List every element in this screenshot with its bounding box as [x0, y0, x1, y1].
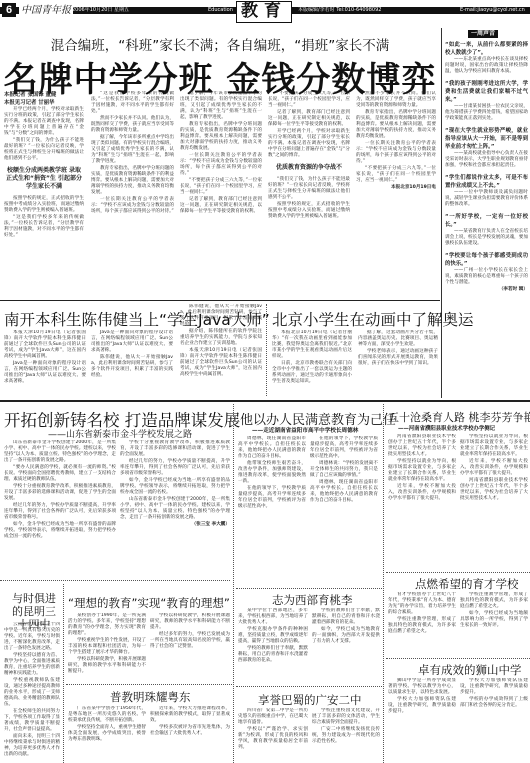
lead-byline-2: 本报见习记者 甘丽华: [4, 99, 84, 107]
paragraph: 周德林，现任湖南省益阳市高平中学校长。自担任校长以来，他始终把办人民满意的教育作…: [238, 436, 306, 460]
paragraph: 在他的领导下，学校教学质量稳步提高，高考升学率连续多年位居全市前列，学校被评为省…: [310, 436, 378, 460]
paragraph: 陈伟健说，他从大一开始接触Java，此后利用课余时间刻苦钻研，参与了多个软件开发…: [180, 304, 262, 328]
divider: [0, 300, 440, 301]
paragraph: 经过几年的努力，学校办学质量不断提高，升学率连年攀升，得到了社会各界的广泛认可，…: [4, 503, 116, 521]
paragraph: 云南省昆明市第三十四中学是一所具有悠久历史的学校。近年来，学校与时俱进，不断深化…: [4, 622, 60, 652]
paragraph: 学校老师表示，通过动画这种孩子们喜闻乐见的形式开展奥运教育，效果很好，孩子们在快…: [358, 349, 438, 367]
paragraph: 学校多次被评为省市先进集体，为社会输送了大批优秀人才。: [150, 725, 230, 737]
paragraph: 某中学位于西部地区，多年来，学校扎根西部，为当地培养了大批优秀人才。: [238, 608, 308, 626]
paragraph: 如今，学校已经成为当地颇具影响力的一所学校，得到了学生家长的一致好评。: [460, 611, 528, 629]
paragraph: 然而不少家长并不认同。他们认为，既然同样交了学费，孩子就应当享受同等的教育资源和…: [356, 91, 436, 109]
story-col: 四川省广安第二中学是一所历史悠久的省级重点中学，在巴蜀大地享有盛誉。 学校以“严…: [238, 708, 308, 763]
quote: “我的孩子刚刚考进这所大学，学费和生活费就让我们家喘不过气来。”: [445, 80, 528, 104]
story-col: 某校创办于1990年，是一所充满活力的学校。多年来，学校坚持“理想的教育”的办学…: [68, 613, 146, 681]
paragraph: 学校坚持以就业为导向，根据市场需求设置专业，与多家企业建立了长期合作关系，毕业生…: [388, 459, 456, 483]
quote-source: ——某高校就业指导中心负责人在接受采访时表示，大学生职业规划教育亟待加强，学校和…: [445, 151, 528, 169]
story-headline: 志为西部育桃李: [272, 592, 353, 608]
paragraph: 学校大力加强师资队伍建设，注重教学研究，教学质量稳步提升。: [460, 678, 528, 696]
paragraph: 然而不少家长并不认同。他们认为，既然同样交了学费，孩子就应当享受同等的教育资源和…: [91, 116, 174, 134]
story-subheadline: ——河南省濮阳县职业技术学校办学侧记: [398, 424, 495, 432]
paragraph: 本报天津10月19日电（记者张国锋）南开大学软件学院本科生陈伟健日前通过了全球软…: [4, 330, 86, 360]
paragraph: 近年来，学校不断加大投入，改善实训条件，办学规模和办学水平都有了很大提升。: [388, 484, 456, 502]
story-headline: 享誉巴蜀的广安二中: [258, 692, 362, 708]
paragraph: 在他的领导下，学校教学质量稳步提高，高考升学率连续多年位居全市前列，学校被评为省…: [238, 486, 306, 510]
paragraph: 一位长期关注教育公平的学者表示：“学校不应该成为金钱与分数较量的场所，每个孩子都…: [91, 197, 174, 215]
paragraph: 学校的办学成效得到了上级部门和社会各界的充分肯定。: [460, 697, 528, 709]
divider: [236, 686, 382, 687]
story-col: 近年来，学校大力推进课程改革，积极探索新的教学模式，取得了显著成效。 学校多次被…: [150, 706, 230, 763]
paragraph: 在全校师生的共同努力下，学校各项工作取得了显著成绩，教学质量不断提升，社会声誉日…: [4, 709, 60, 733]
paragraph: 开学已经两个月，学校对录取新生实行分班的政策，引起了部分学生家长的不满。本报记者…: [4, 107, 84, 137]
paragraph: 学校重视学生的个性发展，开设了丰富的校本课程和社团活动，为每一个学生搭建了展示才…: [68, 638, 146, 656]
email: E-mail:jiaoyu@cyol.net.cn: [460, 7, 525, 14]
paragraph: 按照学校的规定，正式招收的学生按照中考成绩分入实验班，而通过缴纳赞助费入学的学生…: [4, 196, 84, 214]
sidebar-tag: 一周声音: [468, 30, 498, 38]
paragraph: 山东省新泰市金斗学校创建于2000年，是一所集小学、初中、高中于一体的民办学校。…: [4, 440, 116, 464]
story-col: 狮山中学是一所办学成效显著的学校。学校以教学为中心，以质量求生存，以特色求发展。…: [388, 678, 456, 763]
story-headline: 北京小学生在动画中了解奥运: [272, 308, 474, 330]
lead-col-5: 然而不少家长并不认同。他们认为，既然同样交了学费，孩子就应当享受同等的教育资源和…: [356, 91, 436, 296]
divider: [383, 404, 384, 763]
paragraph: 周德林，现任湖南省益阳市高平中学校长。自担任校长以来，他始终把办人民满意的教育作…: [310, 480, 378, 504]
paragraph: 周德林说：“学校的发展离不开全体师生的共同努力，我只是做了自己应该做的事情。”: [310, 461, 378, 479]
divider: [266, 304, 267, 396]
paragraph: “我们交了钱，为什么孩子不能进最好的班？”一位家长向记者反映，学校将正式生与择校…: [4, 138, 84, 162]
paragraph: 学校以“严谨治学、求实创新”为校训，形成了优良的校风和学风，教育教学质量稳居全市…: [238, 727, 308, 751]
story-headline: “理想的教育”实现“教育的理想”: [68, 595, 230, 611]
lead-col-4: “不要把孩子分成三六九等，”一位家长说，“孩子们在同一个校园里学习，应当一视同仁…: [268, 91, 350, 296]
story-col: 育才学校创办于上世纪八十年代，学校秉承“育人为本、德育为先”的办学宗旨，着力培养…: [388, 592, 456, 652]
divider: [386, 658, 530, 659]
paragraph: 记者了解到，教育部门已经注意到这一问题，正在研究制定相关规范，以保障每一位学生平…: [268, 110, 350, 128]
lead-col-1: 本报记者 张国锋 董健 本报见习记者 甘丽华 开学已经两个月，学校对录取新生实行…: [4, 91, 84, 296]
paragraph: 育才学校创办于上世纪八十年代，学校秉承“育人为本、德育为先”的办学宗旨，着力培养…: [388, 592, 456, 616]
paragraph: 学校注重教学管理，形成了独具特色的教育模式，为许多家庭点燃了希望之火。: [388, 617, 456, 635]
paragraph: 学校十分重视教育教学改革，积极推进素质教育，开设了丰富多彩的选修课和活动课，促进…: [4, 484, 116, 502]
paragraph: 他带领全校师生艰苦奋斗，改善办学条件，加强师资建设，推进教育改革，使学校面貌焕然…: [238, 461, 306, 485]
story-col: 云南省昆明市第三十四中学是一所具有悠久历史的学校。近年来，学校与时俱进，不断深化…: [4, 622, 60, 763]
paragraph: “不要把孩子分成三六九等，”一位家长说，“孩子们在同一个校园里学习，应当一视同仁…: [356, 166, 436, 184]
divider: [0, 580, 230, 581]
issue-date: 2006年10月20日 星期五: [72, 7, 129, 14]
page-number: 6: [2, 3, 16, 17]
divider: [63, 584, 64, 763]
story-sign: （张三宝 李大鹏）: [120, 522, 230, 528]
quote: “学校要让每个孩子都感受到成功的快乐。”: [445, 252, 528, 268]
paper-logo: 中国青年报: [19, 1, 73, 16]
paragraph: 如今，金斗学校已经成为当地一所享有盛誉的品牌学校。学校领导表示，将继续开拓进取，…: [4, 522, 116, 540]
story-col: 学校的教师们甘于奉献，默默耕耘，用自己的青春和汗水浇灌着西部教育的花朵。 如今，…: [312, 608, 380, 682]
paragraph: Java是一种面向对象的程序设计语言，在网络编程领域应用广泛。Sun公司推出的“…: [91, 330, 173, 354]
paragraph: 开学已经两个月，学校对录取新生实行分班的政策，引起了部分学生家长的不满。本报记者…: [268, 129, 350, 159]
lead-subhead-2: 优质教育资源的争夺战不: [268, 164, 350, 172]
story-col: 学校坚持以就业为导向，根据市场需求设置专业，与多家企业建立了长期合作关系，毕业生…: [460, 434, 528, 568]
lead-subheadline: 混合编班，“科班”家长不满；各自编班，“捐班”家长不满: [0, 34, 440, 54]
divider: [233, 404, 234, 763]
paragraph: 经过多年的努力，学校已发展成为一所在当地具有较高知名度的学校，赢得了社会的广泛赞…: [150, 632, 230, 650]
paragraph: 学校十分重视教育教学改革，积极推进素质教育，开设了丰富多彩的选修课和活动课，促进…: [120, 440, 230, 458]
paragraph: 河南省濮阳县职业技术学校创办于上世纪五十年代，半个多世纪以来，学校为社会培养了大…: [388, 434, 456, 458]
paragraph: 一位长期关注教育公平的学者表示：“学校不应该成为金钱与分数较量的场所，每个孩子都…: [180, 153, 262, 177]
editor-line: 本版编辑/李若时 Tel:010-64098092: [298, 7, 381, 14]
lead-byline: 本报记者 张国锋 董健: [4, 91, 84, 99]
paragraph: 学校克服办学条件的种种困难，坚持质量立校，教学成绩逐年提高，赢得了当地群众的信赖…: [238, 627, 308, 645]
story-headline: 普教明珠耀粤东: [110, 689, 191, 705]
masthead: 6 中国青年报 2006年10月20日 星期五 Education 教育 本版编…: [0, 0, 530, 24]
paragraph: 学校坚持全面育人，重视学生德智体美全面发展，办学成绩突出，被誉为粤东普教明珠。: [68, 725, 146, 743]
paragraph: “要办人民满意的学校，就必须有一流的师资。”校长说。学校面向全国招聘优秀教师，建…: [4, 465, 116, 483]
paragraph: 近年来，学校大力推进课程改革，积极探索新的教学模式，取得了显著成效。: [150, 706, 230, 724]
paragraph: 四川省广安第二中学是一所历史悠久的省级重点中学，在巴蜀大地享有盛誉。: [238, 708, 308, 726]
paragraph: 河南省濮阳县职业技术学校创办于上世纪五十年代，半个多世纪以来，学校为社会培养了大…: [460, 478, 528, 502]
paragraph: 广东省某中学创办于1950年代，是粤东地区一所历史悠久的名校。学校秉承优良传统，…: [68, 706, 146, 724]
story-col: Java是一种面向对象的程序设计语言，在网络编程领域应用广泛。Sun公司推出的“…: [91, 330, 173, 396]
paragraph: 教育专家指出，名牌中学分班问题的实质，是优质教育资源稀缺条件下的利益博弈。要从根…: [180, 122, 262, 152]
lead-col-2: “这是我们学校多年来的传统做法，”一位校长告诉记者，“分层教学有利于因材施教，对…: [91, 91, 174, 296]
paragraph: 据了解，这套动画片共分若干集，内容涵盖奥运历史、比赛项目、奥运精神等方面，深受小…: [358, 330, 438, 348]
paragraph: 据介绍，陈伟健所在的软件学院注重培养学生的实践能力，学院与多家知名企业合作建立了…: [180, 329, 262, 347]
sidebar-quotes: “如此一来，从前什么都要紧的择校人数就少了”。 ——东北某重点高中校长在谈及择校…: [445, 41, 528, 397]
quote-source: ——广州一位小学校长在家长会上说，素质教育的核心是尊重每一个孩子的个性与潜能。: [445, 268, 528, 286]
paragraph: “这是我们学校多年来的传统做法，”一位校长告诉记者，“分层教学有利于因材施教，对…: [91, 91, 174, 115]
story-col: 山东省新泰市金斗学校创建于2000年，是一所集小学、初中、高中于一体的民办学校。…: [4, 440, 116, 576]
paragraph: 狮山中学是一所办学成效显著的学校。学校以教学为中心，以质量求生存，以特色求发展。: [388, 678, 456, 696]
story-subheadline: ——走近湖南省益阳市高平中学校长周德林: [252, 426, 358, 434]
story-headline: 卓有成效的狮山中学: [418, 662, 522, 678]
story-col: 本报北京10月19日电（记者甘丽华）“有一次我在动画里看到福娃参加比赛，我觉得奥…: [272, 330, 352, 396]
paragraph: 如今，学校已成为当地教育的一面旗帜，为西部大开发提供了有力的人才支撑。: [312, 627, 380, 645]
sidebar-sign: （李若时 辑）: [445, 287, 528, 293]
paragraph: “不要把孩子分成三六九等，”一位家长说，“孩子们在同一个校园里学习，应当一视同仁…: [180, 178, 262, 196]
paragraph: 记者了解到，教育部门已经注意到这一问题，正在研究制定相关规范，以保障每一位学生平…: [180, 197, 262, 215]
paragraph: 学校坚持以德育为首、教学为中心，全面推进素质教育，注重培养学生的创新精神和实践能…: [4, 653, 60, 677]
paragraph: 学校注重校园文化建设，开展了丰富多彩的文体活动，学生综合素质得到全面提升。: [312, 708, 380, 726]
paragraph: 学校的教师们甘于奉献，默默耕耘，用自己的青春和汗水浇灌着西部教育的花朵。: [312, 608, 380, 626]
paragraph: 教育专家指出，名牌中学分班问题的实质，是优质教育资源稀缺条件下的利益博弈。要从根…: [91, 166, 174, 196]
lead-subhead: 校额生分成两类教学班 录取正式生和“捐资”生 引起部分学生家长不满: [4, 167, 84, 191]
story-headline: 点燃希望的育才学校: [415, 576, 519, 592]
paragraph: 某校创办于1990年，是一所充满活力的学校。多年来，学校坚持“理想的教育”的办学…: [68, 613, 146, 637]
paragraph: 据了解，今年该市多所重点中学均出现了类似问题。有的学校实行混合编班，又引起了成绩…: [91, 135, 174, 165]
quote: “如此一来，从前什么都要紧的择校人数就少了”。: [445, 41, 528, 57]
quote-source: ——东北某重点高中校长在谈及择校问题时说，国家出台的政策让择校热降温，他认为学校…: [445, 57, 528, 75]
story-subheadline: ——山东省新泰市金斗学校发展之路: [48, 427, 192, 440]
paragraph: 陈伟健说，他从大一开始接触Java，此后利用课余时间刻苦钻研，参与了多个软件开发…: [91, 355, 173, 379]
story-headline: 五十沧桑育人路 桃李芬芳争艳歌: [388, 409, 530, 425]
lead-sign: 本报北京10月19日电: [356, 185, 436, 191]
quote-source: ——一位中学教师谈及减负问题时说，减轻学生课业负担需要教育评价体系的整体改革。: [445, 190, 528, 208]
sidebar-rule: [441, 28, 442, 398]
paragraph: 学校注重教学管理，形成了独具特色的教育模式，为许多家庭点燃了希望之火。: [460, 592, 528, 610]
divider: [236, 588, 382, 589]
paragraph: 学校以科研促教学，积极开展课题研究，教师的教学水平和科研能力不断提升。: [150, 613, 230, 631]
paragraph: 学校坚持以就业为导向，根据市场需求设置专业，与多家企业建立了长期合作关系，毕业生…: [460, 434, 528, 458]
paragraph: 学校以科研促教学，积极开展课题研究，教师的教学水平和科研能力不断提升。: [68, 657, 146, 675]
story-col: 学校十分重视教育教学改革，积极推进素质教育，开设了丰富多彩的选修课和活动课，促进…: [120, 440, 230, 576]
section-divider: [0, 400, 530, 402]
quote: “现在大学生就业形势严峻，就业指导应该从大一开始，而不是等到毕业前才匆忙上阵。”: [445, 127, 528, 151]
paragraph: 日前，北京市教委联合有关部门向全市中小学推出了一套以奥运为主题的系列动画片，通过…: [272, 361, 352, 385]
quote: “一所好学校，一定有一位好校长。”: [445, 213, 528, 229]
paragraph: 近年来，学校不断加大投入，改善实训条件，办学规模和办学水平都有了很大提升。: [460, 459, 528, 477]
story-col: 学校注重校园文化建设，开展了丰富多彩的文体活动，学生综合素质得到全面提升。 广安…: [312, 708, 380, 763]
paragraph: 山东省新泰市金斗学校创建于2000年，是一所集小学、初中、高中于一体的民办学校。…: [120, 497, 230, 521]
paragraph: 据了解，今年该市多所重点中学均出现了类似问题。有的学校实行混合编班，又引起了成绩…: [180, 91, 262, 121]
paragraph: Java是一种面向对象的程序设计语言，在网络编程领域应用广泛。Sun公司推出的“…: [4, 361, 86, 385]
story-col: 学校大力加强师资队伍建设，注重教学研究，教学质量稳步提升。 学校的办学成效得到了…: [460, 678, 528, 763]
lead-col-3: 据了解，今年该市多所重点中学均出现了类似问题。有的学校实行混合编班，又引起了成绩…: [180, 91, 262, 296]
section-en: Education: [208, 7, 233, 14]
paragraph: 学校的教师们甘于奉献，默默耕耘，用自己的青春和汗水浇灌着西部教育的花朵。: [238, 646, 308, 664]
story-col: 广东省某中学创办于1950年代，是粤东地区一所历史悠久的名校。学校秉承优良传统，…: [68, 706, 146, 763]
quote-source: ——甘肃某贫困县一位农民父亲说，他为筹措孩子学费四处借钱，希望国家助学政策能真正…: [445, 104, 528, 122]
story-col: 学校以科研促教学，积极开展课题研究，教师的教学水平和科研能力不断提升。 经过多年…: [150, 613, 230, 681]
paragraph: 教育专家指出，名牌中学分班问题的实质，是优质教育资源稀缺条件下的利益博弈。要从根…: [356, 110, 436, 140]
paragraph: 经过几年的努力，学校办学质量不断提高，升学率连年攀升，得到了社会各界的广泛认可，…: [120, 459, 230, 477]
story-col: 某中学位于西部地区，多年来，学校扎根西部，为当地培养了大批优秀人才。 学校克服办…: [238, 608, 308, 682]
paragraph: 面向未来，昆明三十四中将继续秉承与时俱进的精神，为培养更多优秀人才作出新的贡献。: [4, 734, 60, 758]
paragraph: 学校重视教师队伍建设，通过多种途径提高教师的业务水平，形成了一支师德高尚、业务精…: [4, 678, 60, 708]
quote: “学生们都说作业太多，可是不布置作业成绩又上不去。”: [445, 174, 528, 190]
story-col: 在他的领导下，学校教学质量稳步提高，高考升学率连续多年位居全市前列，学校被评为省…: [310, 436, 378, 586]
paragraph: 本报天津10月19日电（记者张国锋）南开大学软件学院本科生陈伟健日前通过了全球软…: [180, 348, 262, 378]
story-col: 河南省濮阳县职业技术学校创办于上世纪五十年代，半个多世纪以来，学校为社会培养了大…: [388, 434, 456, 568]
paragraph: “我们交了钱，为什么孩子不能进最好的班？”一位家长向记者反映，学校将正式生与择校…: [268, 177, 350, 201]
paragraph: 本报北京10月19日电（记者甘丽华）“有一次我在动画里看到福娃参加比赛，我觉得奥…: [272, 330, 352, 360]
story-col: 学校注重教学管理，形成了独具特色的教育模式，为许多家庭点燃了希望之火。 如今，学…: [460, 592, 528, 652]
divider: [66, 684, 232, 685]
divider: [386, 572, 530, 573]
paragraph: “不要把孩子分成三六九等，”一位家长说，“孩子们在同一个校园里学习，应当一视同仁…: [268, 91, 350, 109]
paragraph: 广安二中将继续发扬优良传统，努力建设成为一所现代化的示范性名校。: [312, 727, 380, 745]
quote-source: ——某省教育厅负责人在全省校长培训会上说，校长是学校发展的灵魂，要加强校长队伍建…: [445, 229, 528, 247]
section-title: 教育: [236, 1, 292, 23]
paragraph: 如今，金斗学校已经成为当地一所享有盛誉的品牌学校。学校领导表示，将继续开拓进取，…: [120, 478, 230, 496]
story-col: 陈伟健说，他从大一开始接触Java，此后利用课余时间刻苦钻研，参与了多个软件开发…: [180, 304, 262, 396]
story-col: 据了解，这套动画片共分若干集，内容涵盖奥运历史、比赛项目、奥运精神等方面，深受小…: [358, 330, 438, 396]
story-col: 本报天津10月19日电（记者张国锋）南开大学软件学院本科生陈伟健日前通过了全球软…: [4, 330, 86, 396]
story-col: 周德林，现任湖南省益阳市高平中学校长。自担任校长以来，他始终把办人民满意的教育作…: [238, 436, 306, 586]
paragraph: 按照学校的规定，正式招收的学生按照中考成绩分入实验班，而通过缴纳赞助费入学的学生…: [268, 202, 350, 220]
paragraph: 一位长期关注教育公平的学者表示：“学校不应该成为金钱与分数较量的场所，每个孩子都…: [356, 141, 436, 165]
paragraph: 学校大力加强师资队伍建设，注重教学研究，教学质量稳步提升。: [388, 697, 456, 715]
paragraph: “这是我们学校多年来的传统做法，”一位校长告诉记者，“分层教学有利于因材施教，对…: [4, 215, 84, 239]
